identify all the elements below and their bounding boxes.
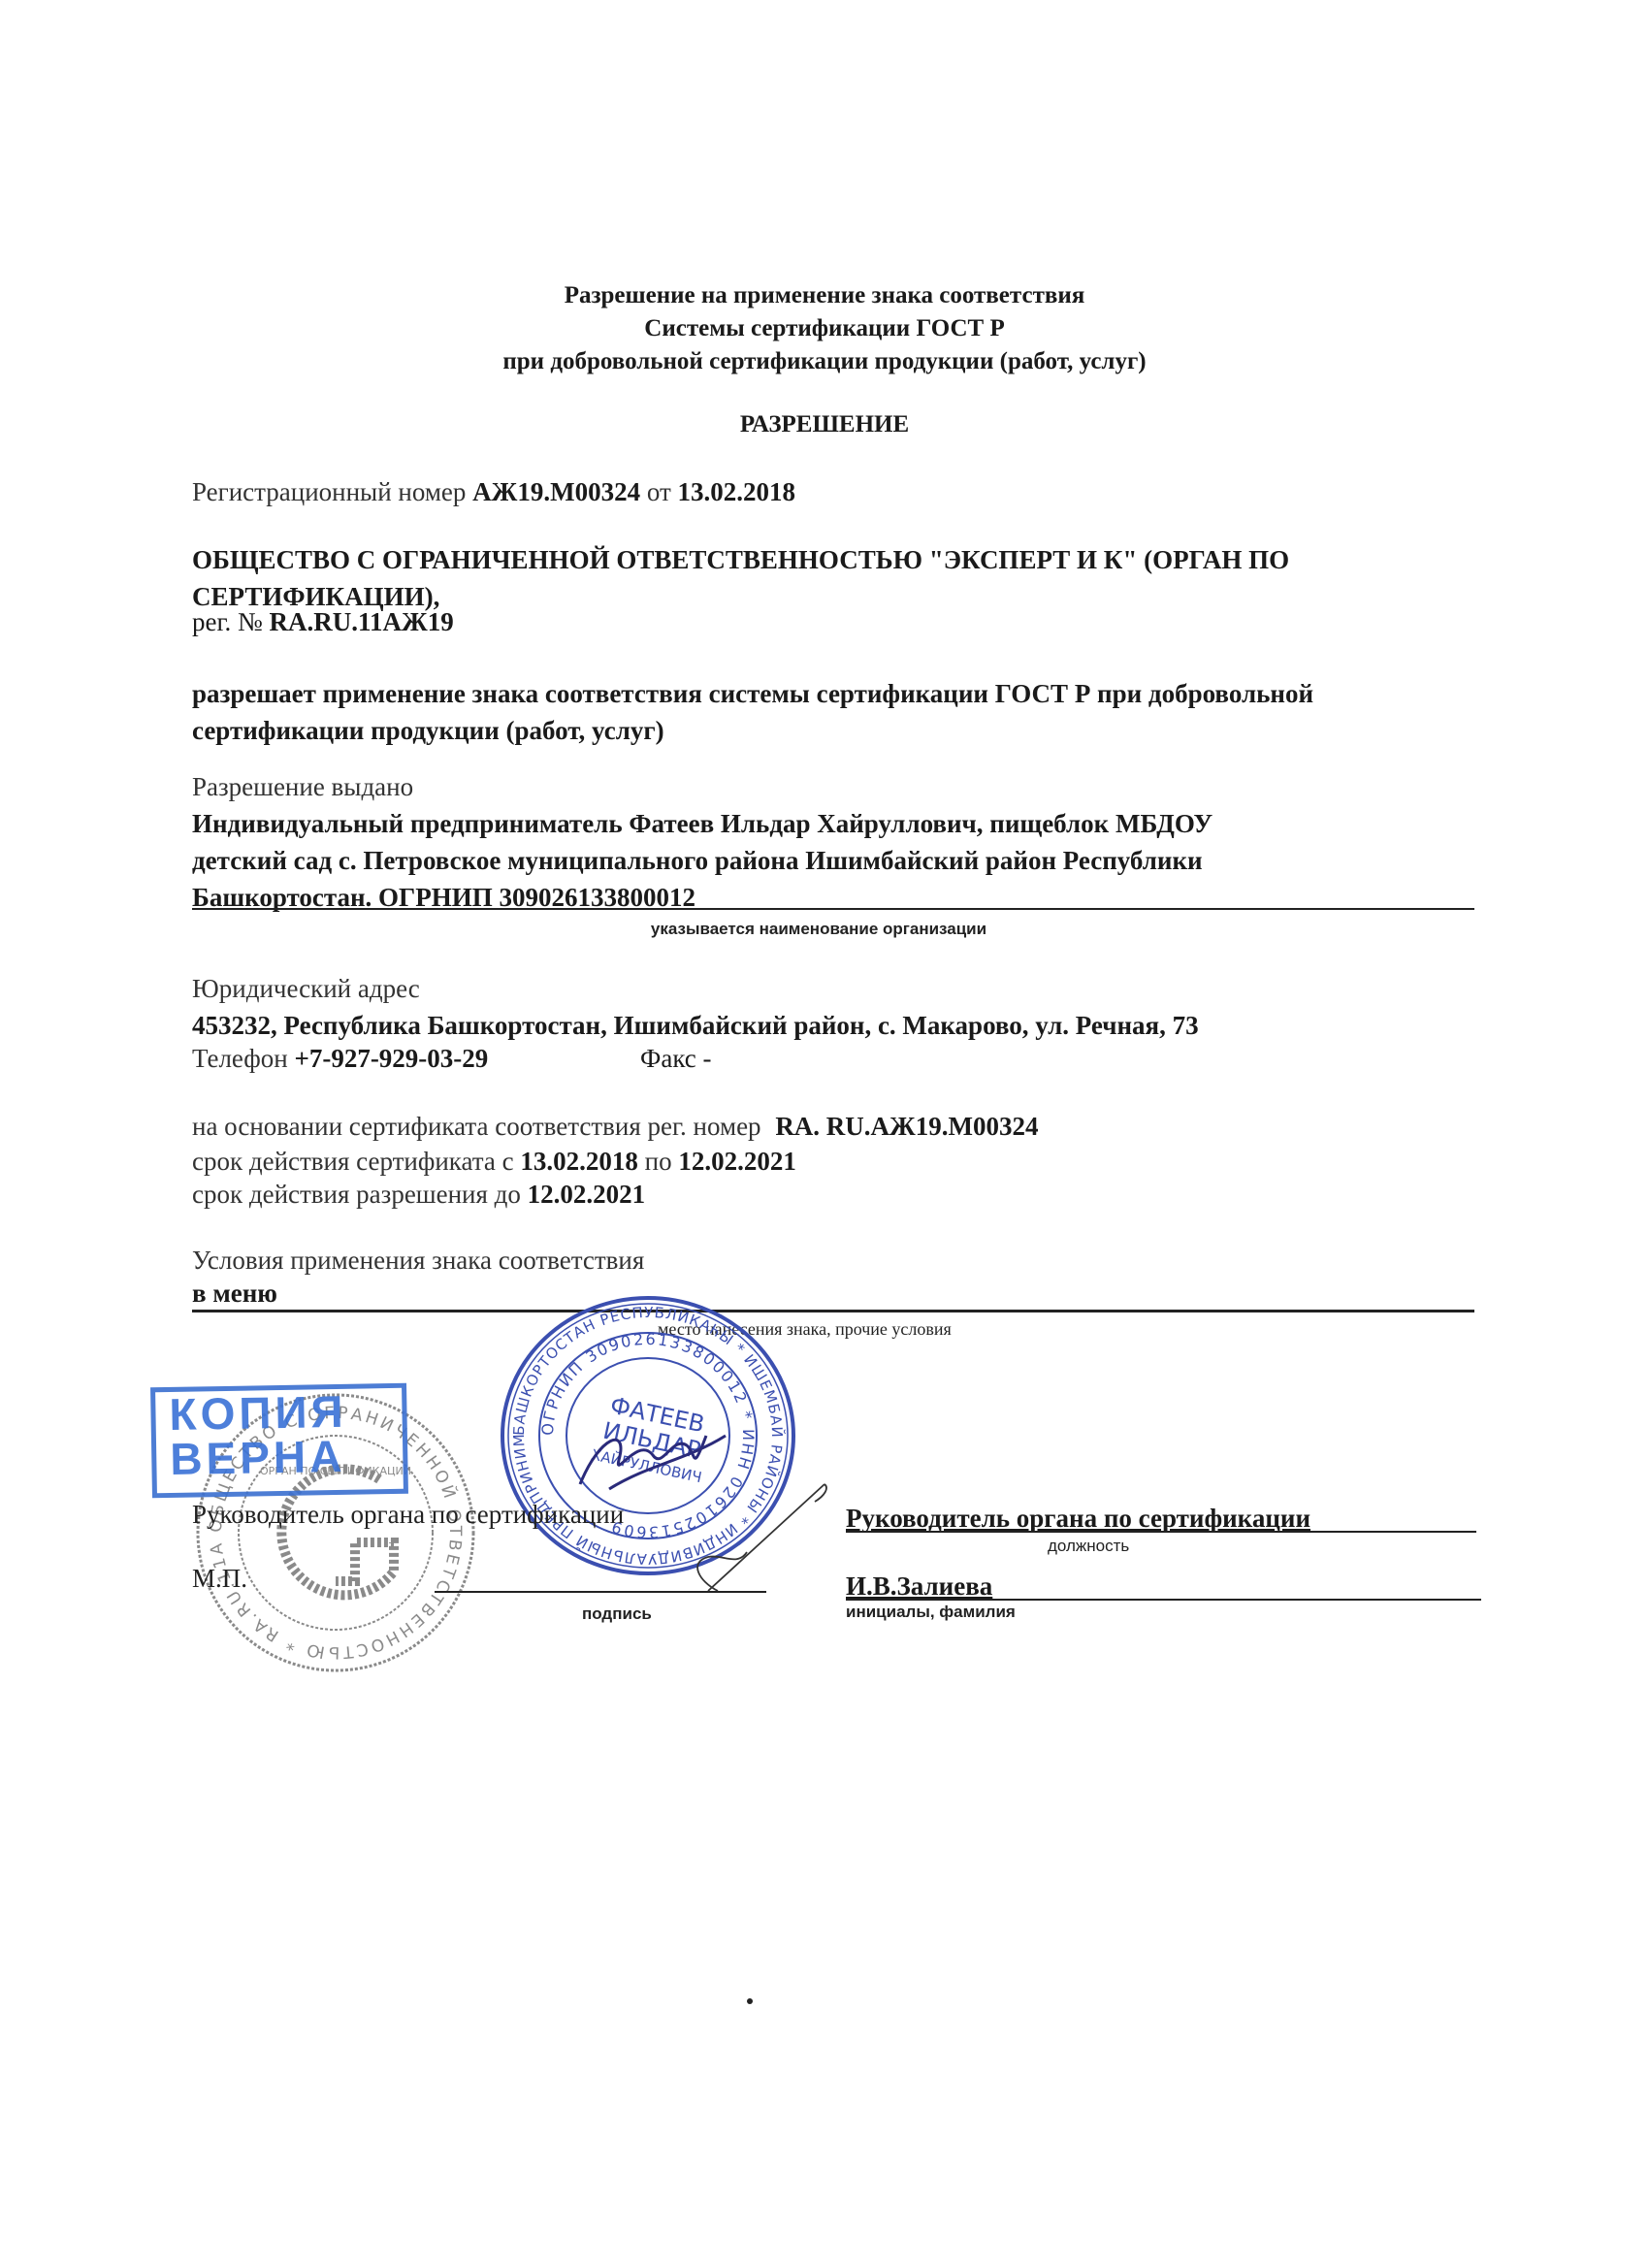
issued-to-caption-text: указывается наименование организации xyxy=(651,920,986,938)
copy-stamp-line-2: ВЕРНА xyxy=(156,1433,404,1481)
conditions-value: в меню xyxy=(192,1275,277,1312)
address-value: 453232, Республика Башкортостан, Ишимбай… xyxy=(192,1007,1199,1044)
phone-value: +7-927-929-03-29 xyxy=(294,1044,488,1073)
registration-date: 13.02.2018 xyxy=(678,477,796,506)
header-line-2: Системы сертификации ГОСТ Р xyxy=(0,312,1649,345)
fax-label: Факс - xyxy=(640,1040,712,1077)
registration-from-label: от xyxy=(647,477,671,506)
issued-to-line-1: Индивидуальный предприниматель Фатеев Ил… xyxy=(192,805,1511,842)
permit-validity-label: срок действия разрешения до xyxy=(192,1180,521,1209)
registration-label: Регистрационный номер xyxy=(192,477,466,506)
name-rule xyxy=(846,1599,1481,1601)
registration-line: Регистрационный номер АЖ19.М00324 от 13.… xyxy=(192,473,795,510)
copy-stamp-line-1: КОПИЯ xyxy=(155,1388,403,1437)
organization-reg: рег. № RA.RU.11АЖ19 xyxy=(192,603,454,640)
document-title: РАЗРЕШЕНИЕ xyxy=(0,411,1649,438)
header-line-3: при добровольной сертификации продукции … xyxy=(0,345,1649,378)
mp-label: М.П. xyxy=(192,1560,247,1597)
certificate-validity: срок действия сертификата с 13.02.2018 п… xyxy=(192,1143,796,1180)
certificate-valid-to: 12.02.2021 xyxy=(678,1147,796,1176)
certificate-valid-from: 13.02.2018 xyxy=(520,1147,638,1176)
position-rule xyxy=(846,1531,1476,1533)
conditions-label: Условия применения знака соответствия xyxy=(192,1242,644,1279)
phone-label: Телефон xyxy=(192,1044,288,1073)
address-label: Юридический адрес xyxy=(192,970,420,1007)
document-header: Разрешение на применение знака соответст… xyxy=(0,279,1649,378)
issued-to-line-2: детский сад с. Петровское муниципального… xyxy=(192,842,1511,879)
name-caption: инициалы, фамилия xyxy=(846,1603,1016,1622)
certificate-basis-label: на основании сертификата соответствия ре… xyxy=(192,1112,761,1141)
certificate-basis: на основании сертификата соответствия ре… xyxy=(192,1108,1039,1145)
issued-to-line-3: Башкортостан. ОГРНИП 309026133800012 xyxy=(192,879,1511,916)
signature-caption: подпись xyxy=(582,1604,652,1624)
copy-certified-stamp: КОПИЯ ВЕРНА xyxy=(150,1383,408,1499)
position-caption: должность xyxy=(1048,1537,1129,1556)
header-line-1: Разрешение на применение знака соответст… xyxy=(0,279,1649,312)
issued-to-block: Индивидуальный предприниматель Фатеев Ил… xyxy=(192,805,1511,916)
certificate-to-label: по xyxy=(645,1147,672,1176)
organization-reg-label: рег. № xyxy=(192,607,263,636)
issued-to-label: Разрешение выдано xyxy=(192,768,413,805)
permission-text: разрешает применение знака соответствия … xyxy=(192,675,1511,749)
organization-reg-number: RA.RU.11АЖ19 xyxy=(270,607,454,636)
stray-mark xyxy=(747,1998,753,2004)
permit-validity: срок действия разрешения до 12.02.2021 xyxy=(192,1176,645,1213)
permit-until: 12.02.2021 xyxy=(528,1180,646,1209)
signatory-title-left: Руководитель органа по сертификации xyxy=(192,1496,624,1533)
registration-number: АЖ19.М00324 xyxy=(472,477,640,506)
issued-to-rule xyxy=(192,908,1474,910)
permission-line-2: сертификации продукции (работ, услуг) xyxy=(192,712,1511,749)
certificate-basis-number: RA. RU.АЖ19.М00324 xyxy=(775,1112,1038,1141)
certificate-validity-label: срок действия сертификата с xyxy=(192,1147,514,1176)
conditions-rule xyxy=(192,1310,1474,1312)
phone-line: Телефон +7-927-929-03-29 xyxy=(192,1040,488,1077)
signature-stroke-icon xyxy=(679,1474,834,1601)
issued-to-caption: указывается наименование организации xyxy=(0,920,1649,939)
permission-line-1: разрешает применение знака соответствия … xyxy=(192,675,1511,712)
organization-name-line-1: ОБЩЕСТВО С ОГРАНИЧЕННОЙ ОТВЕТСТВЕННОСТЬЮ… xyxy=(192,541,1482,578)
